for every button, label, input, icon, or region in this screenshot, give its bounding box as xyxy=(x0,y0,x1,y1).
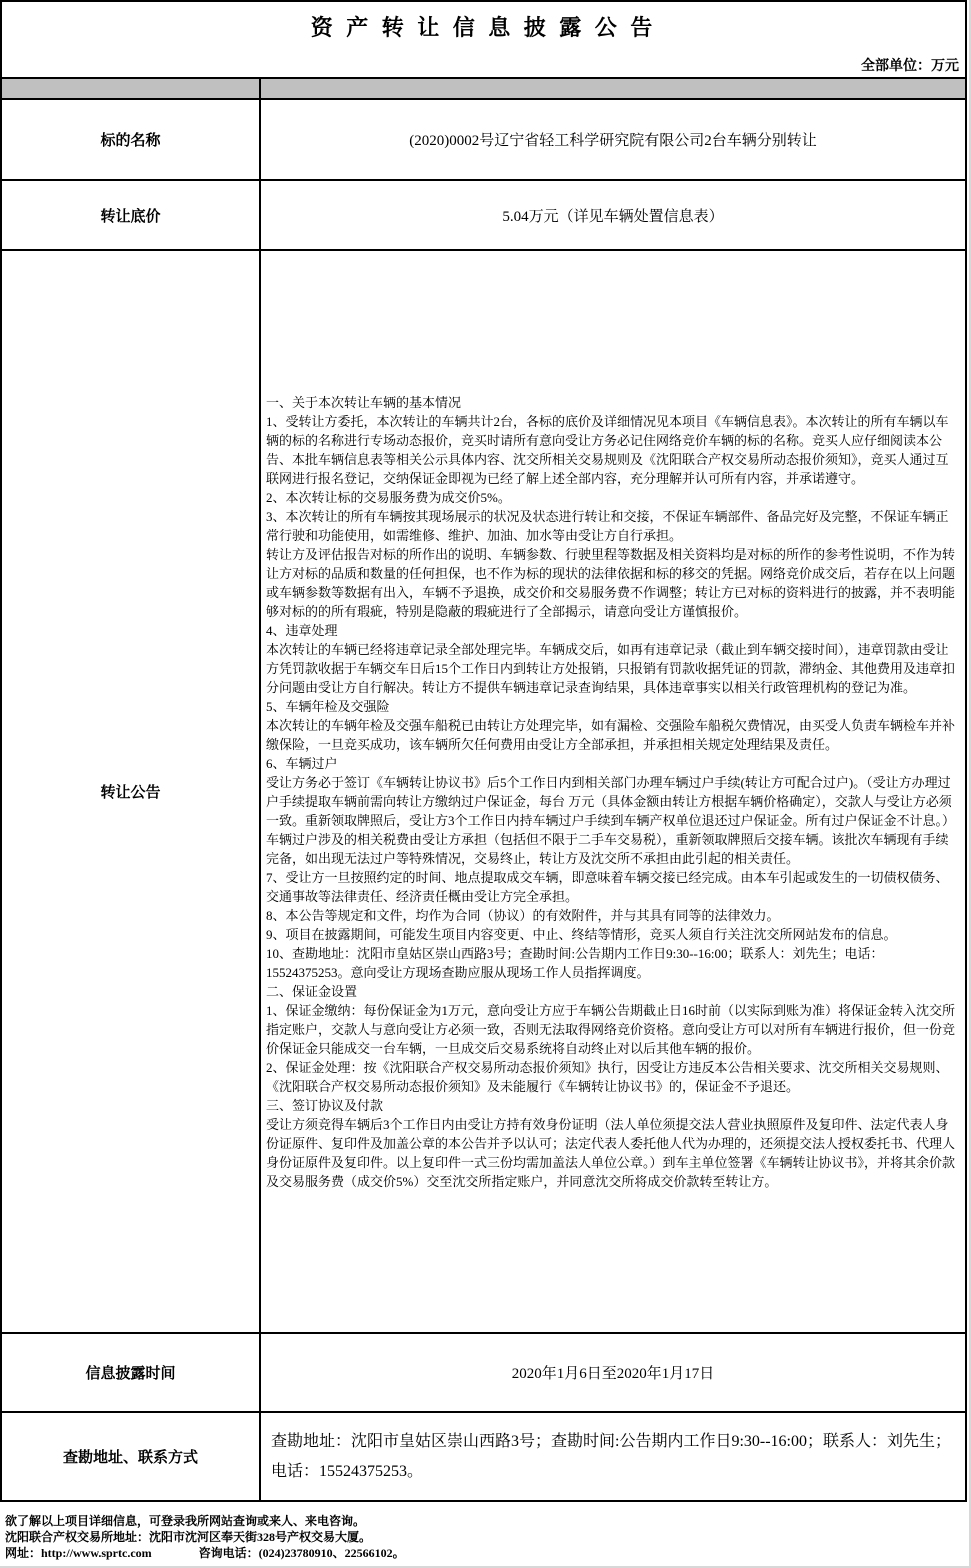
table-row-contact: 查勘地址、联系方式 查勘地址：沈阳市皇姑区崇山西路3号；查勘时间:公告期内工作日… xyxy=(2,1411,965,1500)
announcement-sheet: 资 产 转 让 信 息 披 露 公 告 全部单位：万元 标的名称 (2020)0… xyxy=(0,0,971,1568)
document-border-box: 资 产 转 让 信 息 披 露 公 告 全部单位：万元 标的名称 (2020)0… xyxy=(0,0,967,1502)
value-base-price: 5.04万元（详见车辆处置信息表） xyxy=(261,181,965,249)
page-title: 资 产 转 让 信 息 披 露 公 告 xyxy=(2,2,965,42)
footer-address: 沈阳联合产权交易所地址：沈阳市沈河区奉天街328号产权交易大厦。 xyxy=(5,1529,961,1545)
footer-note: 欲了解以上项目详细信息，可登录我所网站查询或来人、来电咨询。 xyxy=(5,1513,961,1529)
label-contact: 查勘地址、联系方式 xyxy=(2,1413,261,1500)
table-header-band xyxy=(2,79,965,98)
label-disclosure-period: 信息披露时间 xyxy=(2,1334,261,1411)
band-label-cell xyxy=(2,79,261,98)
table-row-subject-name: 标的名称 (2020)0002号辽宁省轻工科学研究院有限公司2台车辆分别转让 xyxy=(2,98,965,179)
table-row-announcement: 转让公告 一、关于本次转让车辆的基本情况 1、受转让方委托，本次转让的车辆共计2… xyxy=(2,249,965,1332)
band-value-cell xyxy=(261,79,965,98)
label-subject-name: 标的名称 xyxy=(2,100,261,179)
unit-note: 全部单位：万元 xyxy=(861,55,959,75)
page-footer: 欲了解以上项目详细信息，可登录我所网站查询或来人、来电咨询。 沈阳联合产权交易所… xyxy=(5,1513,961,1561)
label-announcement: 转让公告 xyxy=(2,251,261,1332)
value-subject-name: (2020)0002号辽宁省轻工科学研究院有限公司2台车辆分别转让 xyxy=(261,100,965,179)
table-row-base-price: 转让底价 5.04万元（详见车辆处置信息表） xyxy=(2,179,965,249)
label-base-price: 转让底价 xyxy=(2,181,261,249)
footer-contact-line: 网址：http://www.sprtc.com 咨询电话：(024)237809… xyxy=(5,1545,961,1561)
footer-website: 网址：http://www.sprtc.com xyxy=(5,1546,152,1560)
disclosure-table: 标的名称 (2020)0002号辽宁省轻工科学研究院有限公司2台车辆分别转让 转… xyxy=(2,77,965,1500)
value-contact: 查勘地址：沈阳市皇姑区崇山西路3号；查勘时间:公告期内工作日9:30--16:0… xyxy=(261,1413,965,1500)
document-header: 资 产 转 让 信 息 披 露 公 告 全部单位：万元 xyxy=(2,2,965,77)
table-row-disclosure-period: 信息披露时间 2020年1月6日至2020年1月17日 xyxy=(2,1332,965,1411)
footer-phone: 咨询电话：(024)23780910、22566102。 xyxy=(199,1546,405,1560)
value-announcement-text: 一、关于本次转让车辆的基本情况 1、受转让方委托，本次转让的车辆共计2台，各标的… xyxy=(261,251,965,1332)
value-disclosure-period: 2020年1月6日至2020年1月17日 xyxy=(261,1334,965,1411)
